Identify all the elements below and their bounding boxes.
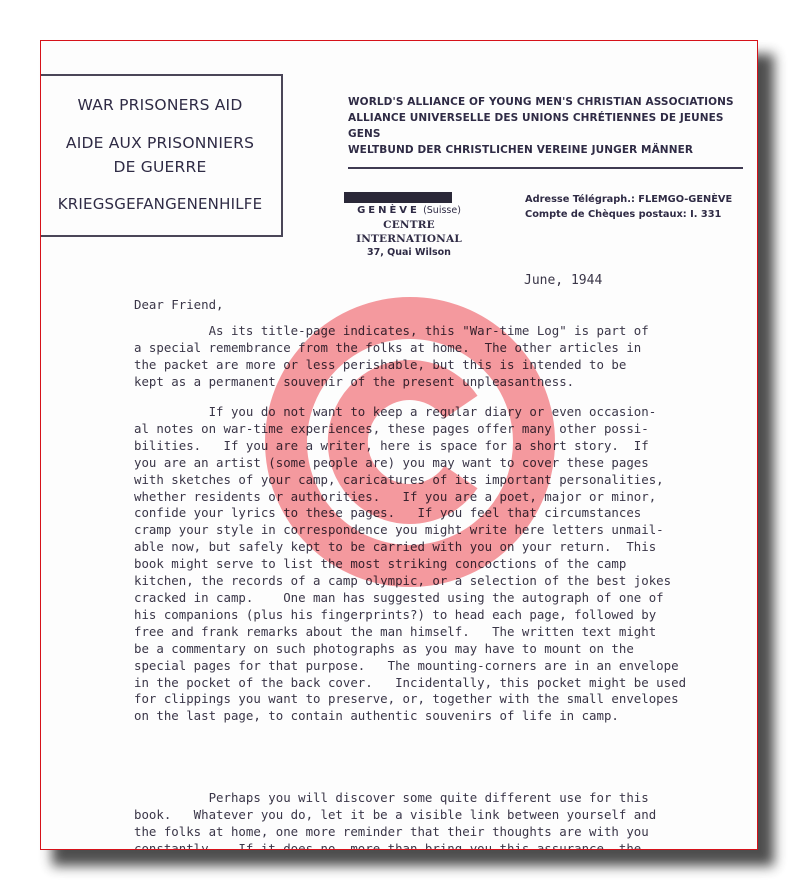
address-centre: CENTRE INTERNATIONAL — [334, 218, 484, 246]
address-country: (Suisse) — [423, 205, 461, 216]
letter-date: June, 1944 — [524, 273, 602, 290]
letter-paragraph-3: Perhaps you will discover some quite dif… — [134, 790, 656, 850]
alliance-french: ALLIANCE UNIVERSELLE DES UNIONS CHRÉTIEN… — [348, 110, 748, 142]
letter-body: June, 1944 Dear Friend, As its title-pag… — [134, 273, 754, 391]
alliance-english: WORLD'S ALLIANCE OF YOUNG MEN'S CHRISTIA… — [348, 94, 748, 110]
letter-salutation: Dear Friend, — [134, 297, 224, 314]
org-name-english: WAR PRISONERS AID — [40, 96, 281, 114]
header-rule — [348, 167, 743, 169]
letter-paragraph-1: As its title-page indicates, this "War-t… — [134, 323, 649, 391]
org-name-german: KRIEGSGEFANGENENHILFE — [40, 195, 281, 213]
address-street: 37, Quai Wilson — [334, 246, 484, 260]
postal-cheque-account: Compte de Chèques postaux: I. 331 — [525, 207, 732, 222]
war-prisoners-aid-box: WAR PRISONERS AID AIDE AUX PRISONNIERS D… — [40, 74, 283, 237]
org-name-french-line2: DE GUERRE — [40, 158, 281, 176]
org-name-french-line1: AIDE AUX PRISONNIERS — [40, 134, 281, 152]
telegraph-address: Adresse Télégraph.: FLEMGO-GENÈVE — [525, 192, 732, 207]
alliance-german: WELTBUND DER CHRISTLICHEN VEREINE JUNGER… — [348, 142, 748, 158]
telegraph-block: Adresse Télégraph.: FLEMGO-GENÈVE Compte… — [525, 192, 732, 222]
redaction-bar — [344, 192, 452, 203]
ymca-alliance-header: WORLD'S ALLIANCE OF YOUNG MEN'S CHRISTIA… — [348, 94, 748, 169]
letter-paragraph-2: If you do not want to keep a regular dia… — [134, 404, 686, 725]
letter-page: WAR PRISONERS AID AIDE AUX PRISONNIERS D… — [40, 40, 758, 850]
address-block: GENÈVE (Suisse) CENTRE INTERNATIONAL 37,… — [334, 204, 484, 260]
address-city: GENÈVE — [357, 205, 420, 216]
